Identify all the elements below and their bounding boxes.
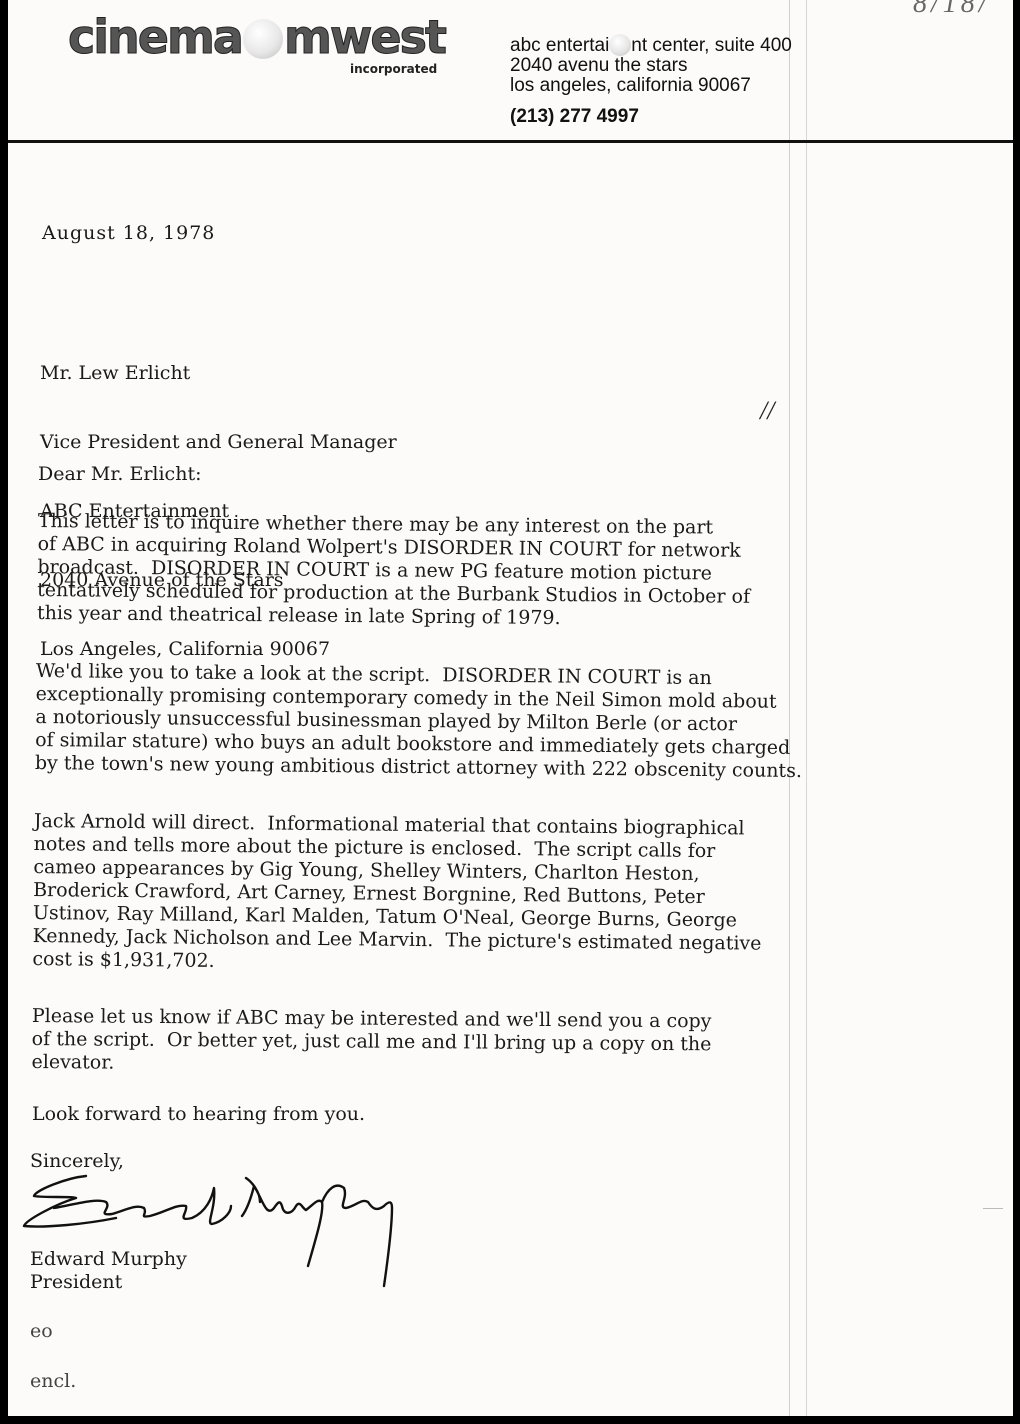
letterhead-address: abc entertaint center, suite 400 2040 av… (510, 34, 792, 96)
globe-icon (243, 19, 283, 59)
signer-name: Edward Murphy (30, 1248, 187, 1271)
closing-line: Look forward to hearing from you. (32, 1103, 365, 1126)
company-suffix: incorporated (350, 62, 437, 76)
letter-date: August 18, 1978 (42, 222, 215, 245)
paragraph: This letter is to inquire whether there … (37, 510, 751, 632)
paragraph: Please let us know if ABC may be interes… (31, 1005, 711, 1079)
globe-icon (609, 34, 631, 56)
company-logo: cinemamwest (68, 14, 445, 60)
stray-mark (983, 1208, 1003, 1209)
letter-page: cinemamwest incorporated abc entertaint … (8, 0, 1013, 1416)
handwritten-date: 8/18/ (913, 0, 991, 20)
salutation: Dear Mr. Erlicht: (38, 463, 201, 486)
signer-title: President (30, 1271, 122, 1294)
typist-initials: eo (30, 1320, 53, 1343)
handwritten-mark: // (760, 396, 774, 426)
paragraph: Jack Arnold will direct. Informational m… (32, 810, 762, 979)
paragraph: We'd like you to take a look at the scri… (35, 660, 803, 783)
letterhead-divider (8, 140, 1013, 143)
fold-line (806, 0, 807, 1416)
letterhead-phone: (213) 277 4997 (510, 106, 639, 128)
enclosure-note: encl. (30, 1370, 76, 1393)
